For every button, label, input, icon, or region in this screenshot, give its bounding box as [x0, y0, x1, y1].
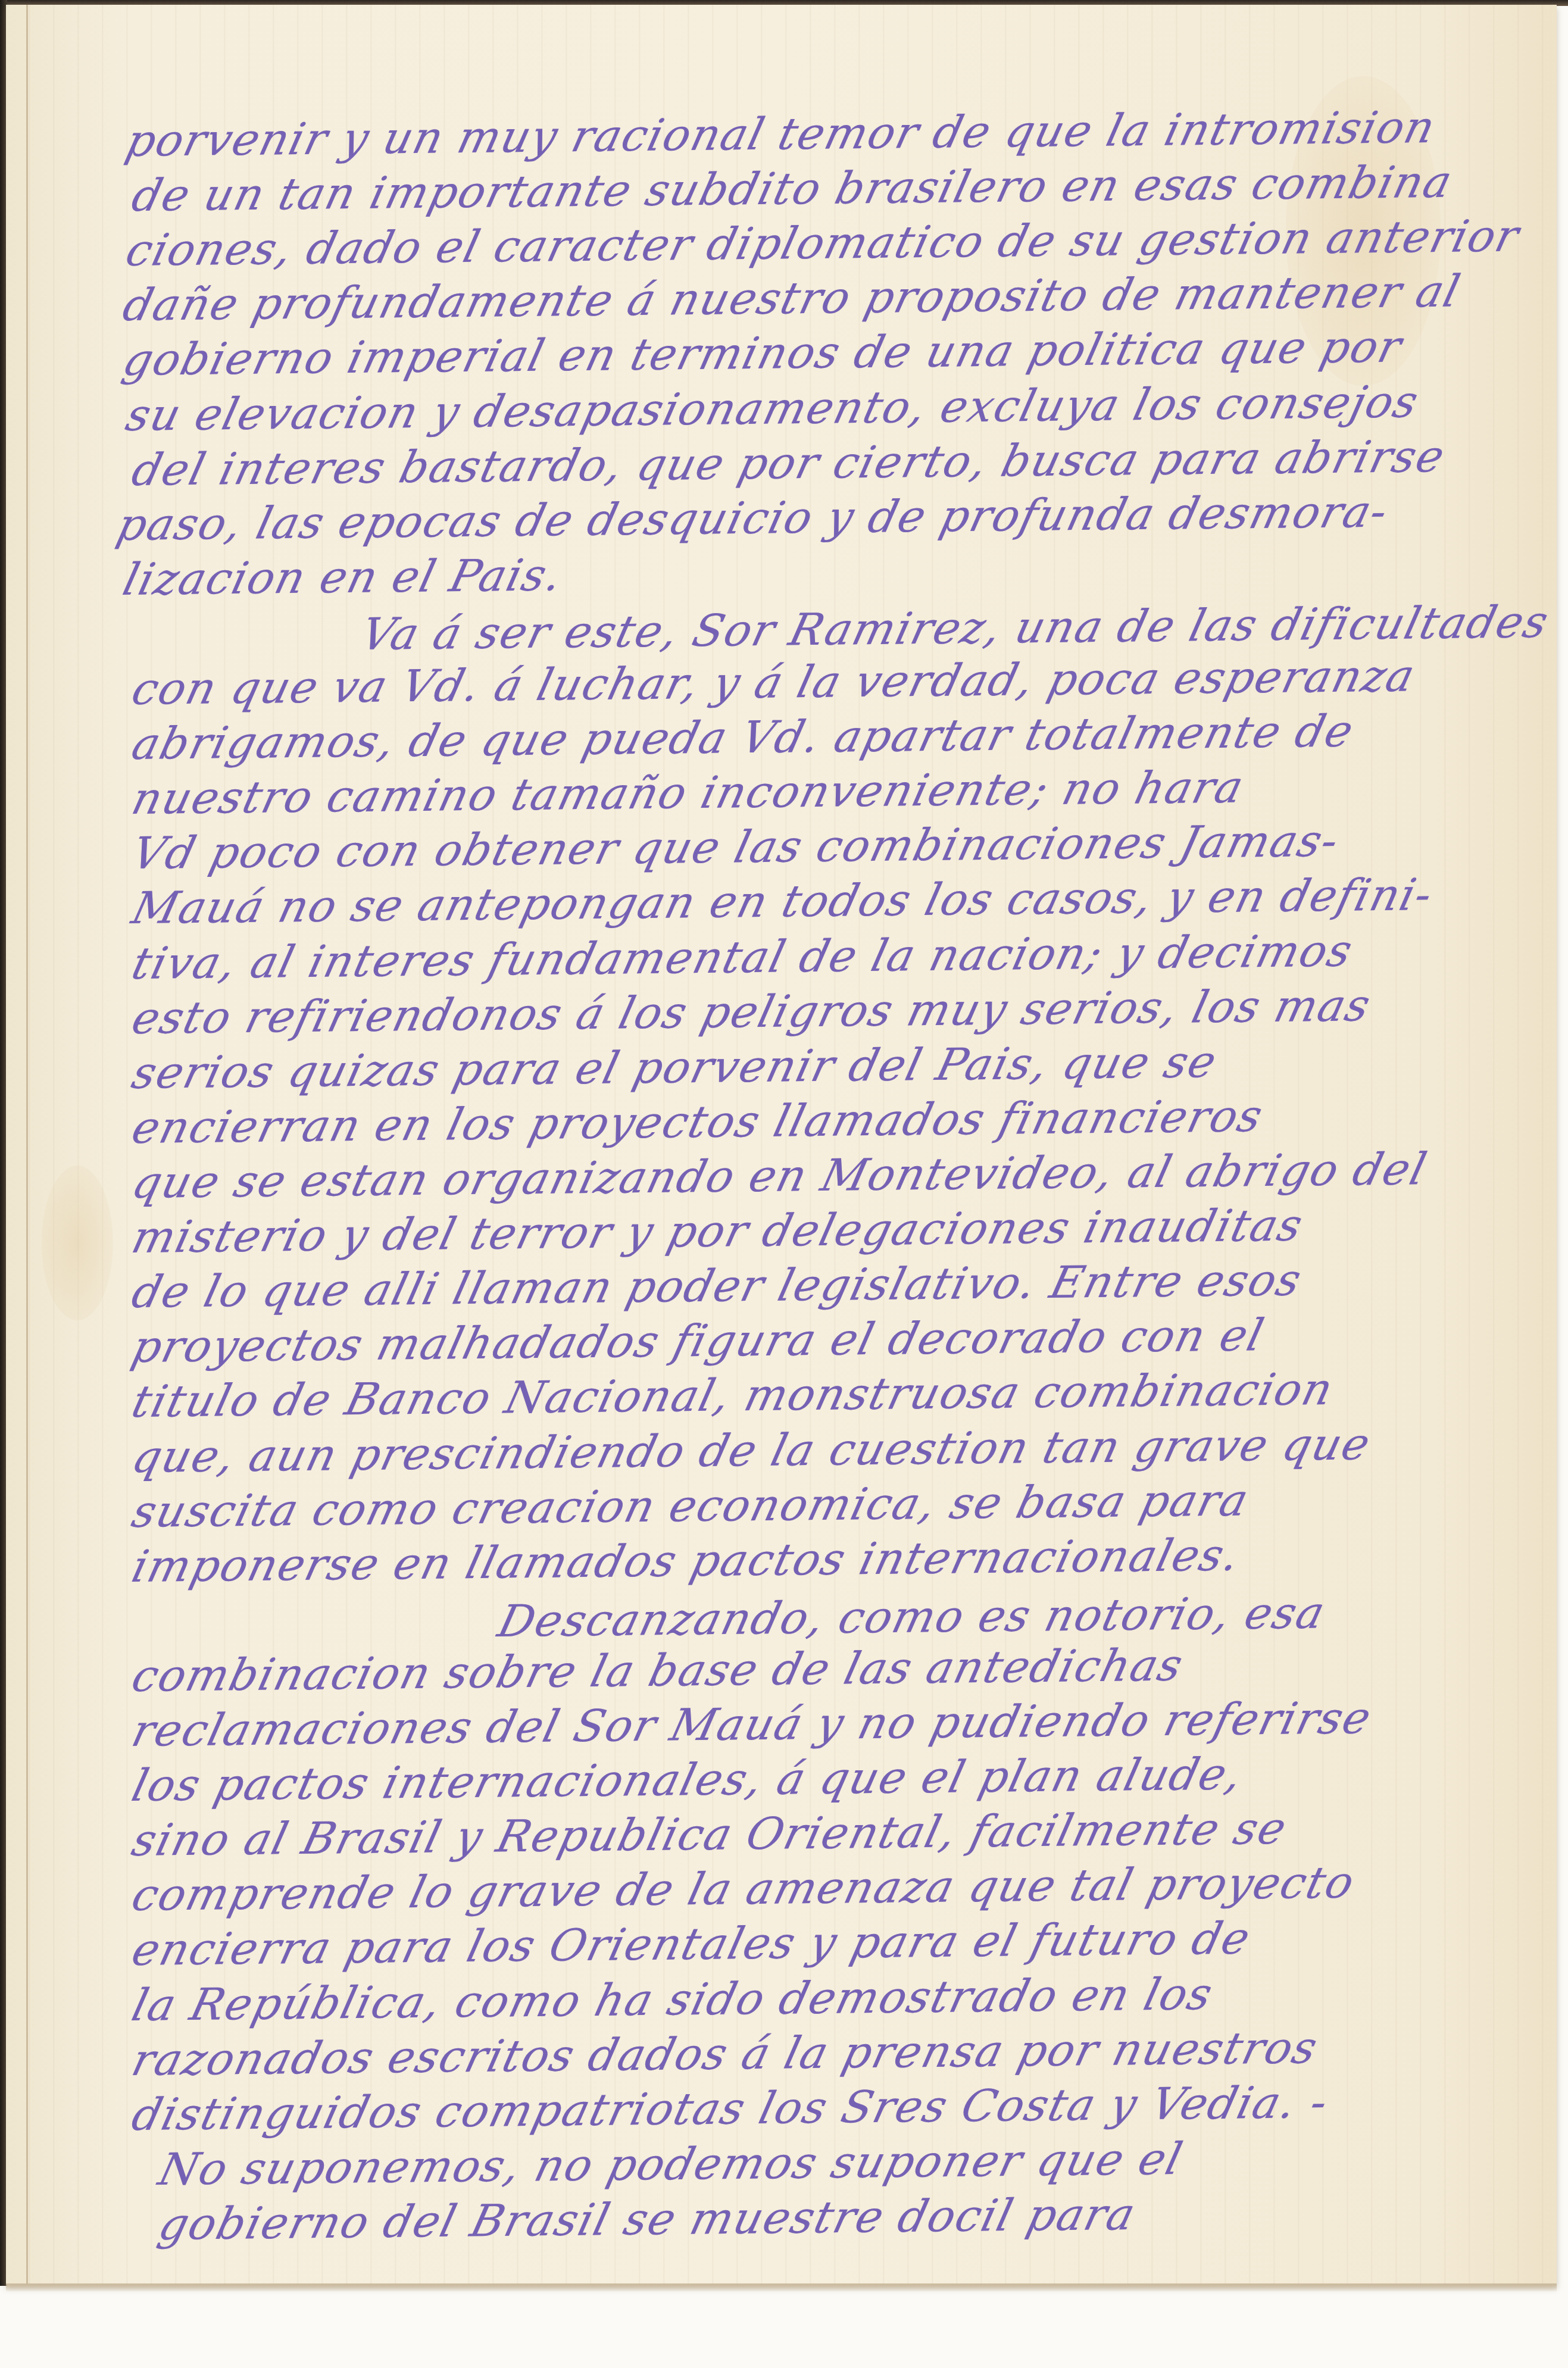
text-line: nuestro camino tamaño inconveniente; no …: [128, 766, 1248, 821]
paper-stain: [42, 1166, 113, 1320]
text-line: paso, las epocas de desquicio y de profu…: [113, 490, 1392, 547]
text-line: imponerse en llamados pactos internacion…: [128, 1533, 1245, 1589]
text-line: encierran en los proyectos llamados fina…: [128, 1094, 1267, 1150]
text-line: gobierno del Brasil se muestre docil par…: [155, 2192, 1140, 2247]
text-line: distinguidos compatriotas los Sres Costa…: [128, 2080, 1333, 2137]
binding-fold: [26, 5, 28, 2285]
text-line: razonados escritos dados á la prensa por…: [128, 2026, 1322, 2082]
text-line: que, aun prescindiendo de la cuestion ta…: [128, 1422, 1375, 1479]
text-line: los pactos internacionales, á que el pla…: [128, 1752, 1247, 1808]
text-line: comprende lo grave de la amenaza que tal…: [128, 1861, 1359, 1917]
text-line: de un tan importante subdito brasilero e…: [128, 160, 1457, 218]
text-line: titulo de Banco Nacional, monstruosa com…: [128, 1367, 1338, 1424]
text-line: serios quizas para el porvenir del Pais,…: [128, 1040, 1222, 1095]
text-line: combinacion sobre la base de las antedic…: [128, 1644, 1188, 1698]
text-line: dañe profundamente á nuestro proposito d…: [119, 270, 1465, 327]
text-line: lizacion en el Pais.: [119, 553, 567, 602]
text-line: esto refiriendonos á los peligros muy se…: [128, 983, 1375, 1041]
text-line: tiva, al interes fundamental de la nacio…: [128, 929, 1357, 986]
text-line: de lo que alli llaman poder legislativo.…: [128, 1258, 1306, 1314]
text-line: encierra para los Orientales y para el f…: [128, 1916, 1255, 1972]
text-line: suscita como creacion economica, se basa…: [128, 1478, 1253, 1534]
text-line: Descanzando, como es notorio, esa: [494, 1591, 1330, 1644]
text-line: No suponemos, no podemos suponer que el: [155, 2137, 1187, 2192]
page-bottom-edge: [6, 2283, 1557, 2292]
text-line: reclamaciones del Sor Mauá y no pudiendo…: [128, 1696, 1376, 1753]
text-line: Mauá no se antepongan en todos los casos…: [128, 873, 1437, 930]
text-line: la República, como ha sido demostrado en…: [128, 1972, 1217, 2028]
text-line: porvenir y un muy racional temor de que …: [122, 105, 1440, 163]
text-line: abrigamos, de que pueda Vd. apartar tota…: [128, 710, 1358, 766]
text-line: sino al Brasil y Republica Oriental, fac…: [128, 1807, 1291, 1863]
text-line: con que va Vd. á luchar, y á la verdad, …: [128, 654, 1420, 711]
text-line: que se estan organizando en Montevideo, …: [128, 1147, 1431, 1205]
text-line: Vd poco con obtener que las combinacione…: [128, 819, 1344, 876]
text-line: proyectos malhadados figura el decorado …: [128, 1313, 1269, 1369]
text-line: del interes bastardo, que por cierto, bu…: [128, 435, 1450, 492]
text-line: Va á ser este, Sor Ramirez, una de las d…: [357, 600, 1553, 657]
text-line: misterio y del terror y por delegaciones…: [128, 1203, 1307, 1260]
text-line: gobierno imperial en terminos de una pol…: [119, 325, 1407, 382]
text-line: su elevacion y desapasionamento, excluya…: [122, 380, 1423, 438]
